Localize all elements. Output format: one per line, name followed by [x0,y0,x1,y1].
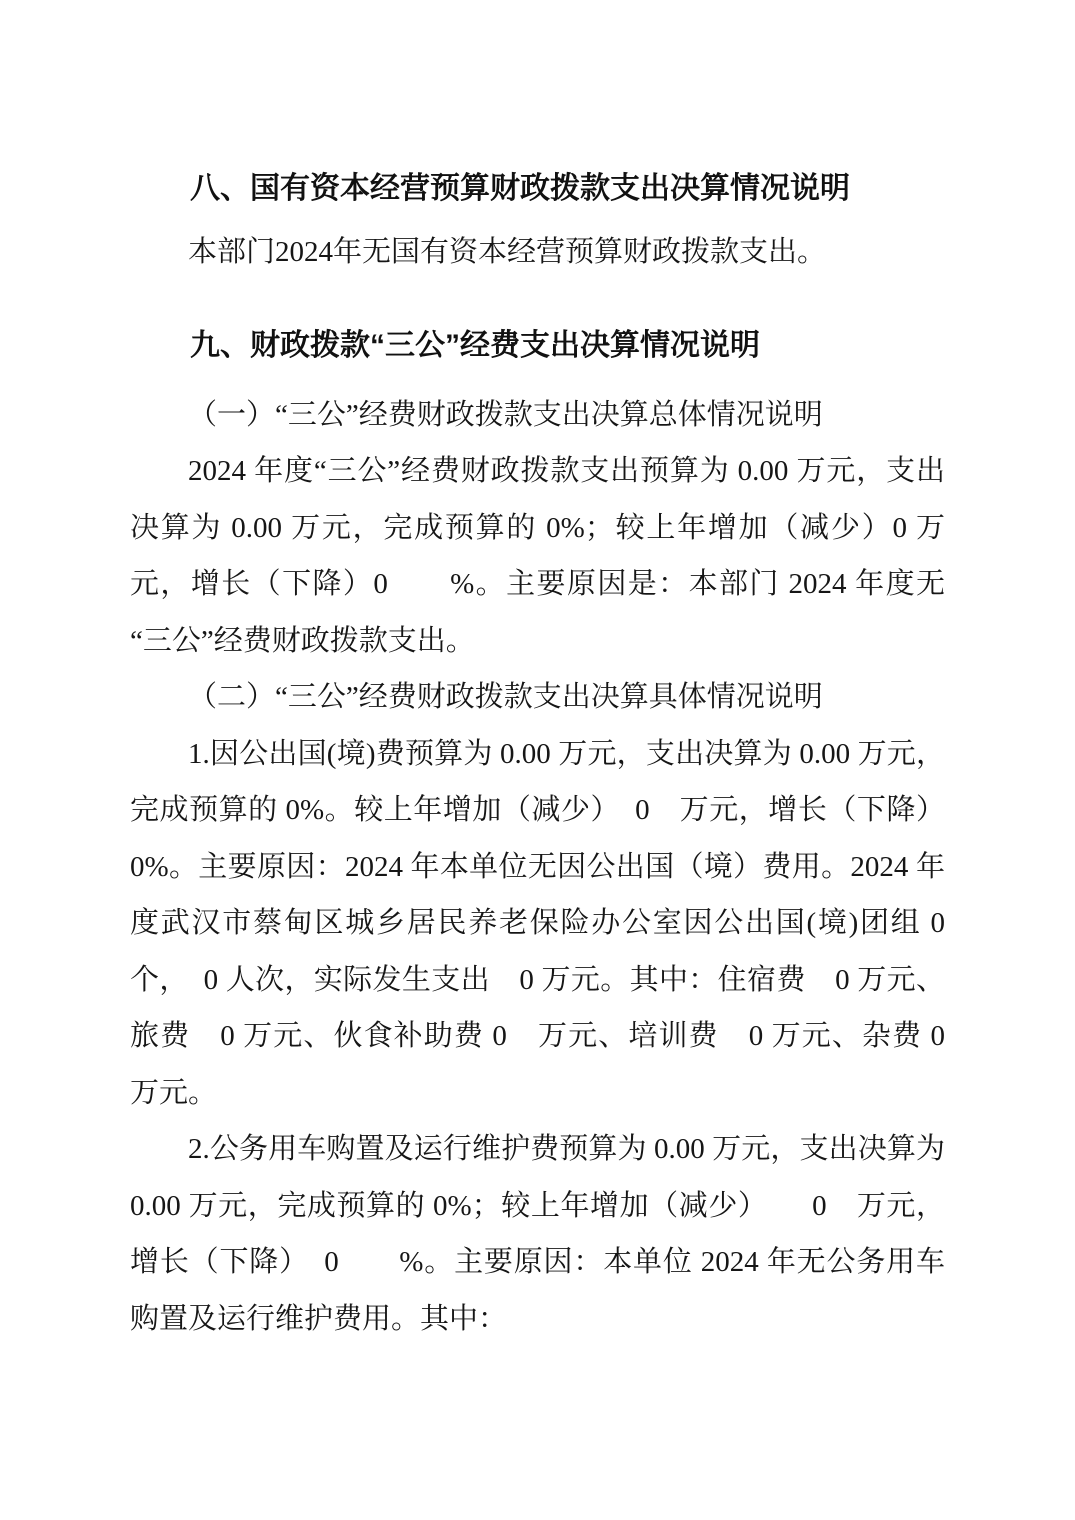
section-9-heading: 九、财政拨款“三公”经费支出决算情况说明 [130,317,945,374]
section-8-heading: 八、国有资本经营预算财政拨款支出决算情况说明 [130,160,945,217]
section-9-subheading-1: （一）“三公”经费财政拨款支出决算总体情况说明 [130,387,945,444]
section-9-overall-paragraph: 2024 年度“三公”经费财政拨款支出预算为 0.00 万元，支出决算为 0.0… [130,443,945,669]
section-9-subheading-2: （二）“三公”经费财政拨款支出决算具体情况说明 [130,669,945,726]
document-page: 八、国有资本经营预算财政拨款支出决算情况说明 本部门2024年无国有资本经营预算… [0,0,1075,1520]
section-8-paragraph: 本部门2024年无国有资本经营预算财政拨款支出。 [130,224,945,281]
section-9-item-2-paragraph: 2.公务用车购置及运行维护费预算为 0.00 万元，支出决算为 0.00 万元，… [130,1121,945,1347]
section-9-item-1-paragraph: 1.因公出国(境)费预算为 0.00 万元，支出决算为 0.00 万元，完成预算… [130,726,945,1122]
